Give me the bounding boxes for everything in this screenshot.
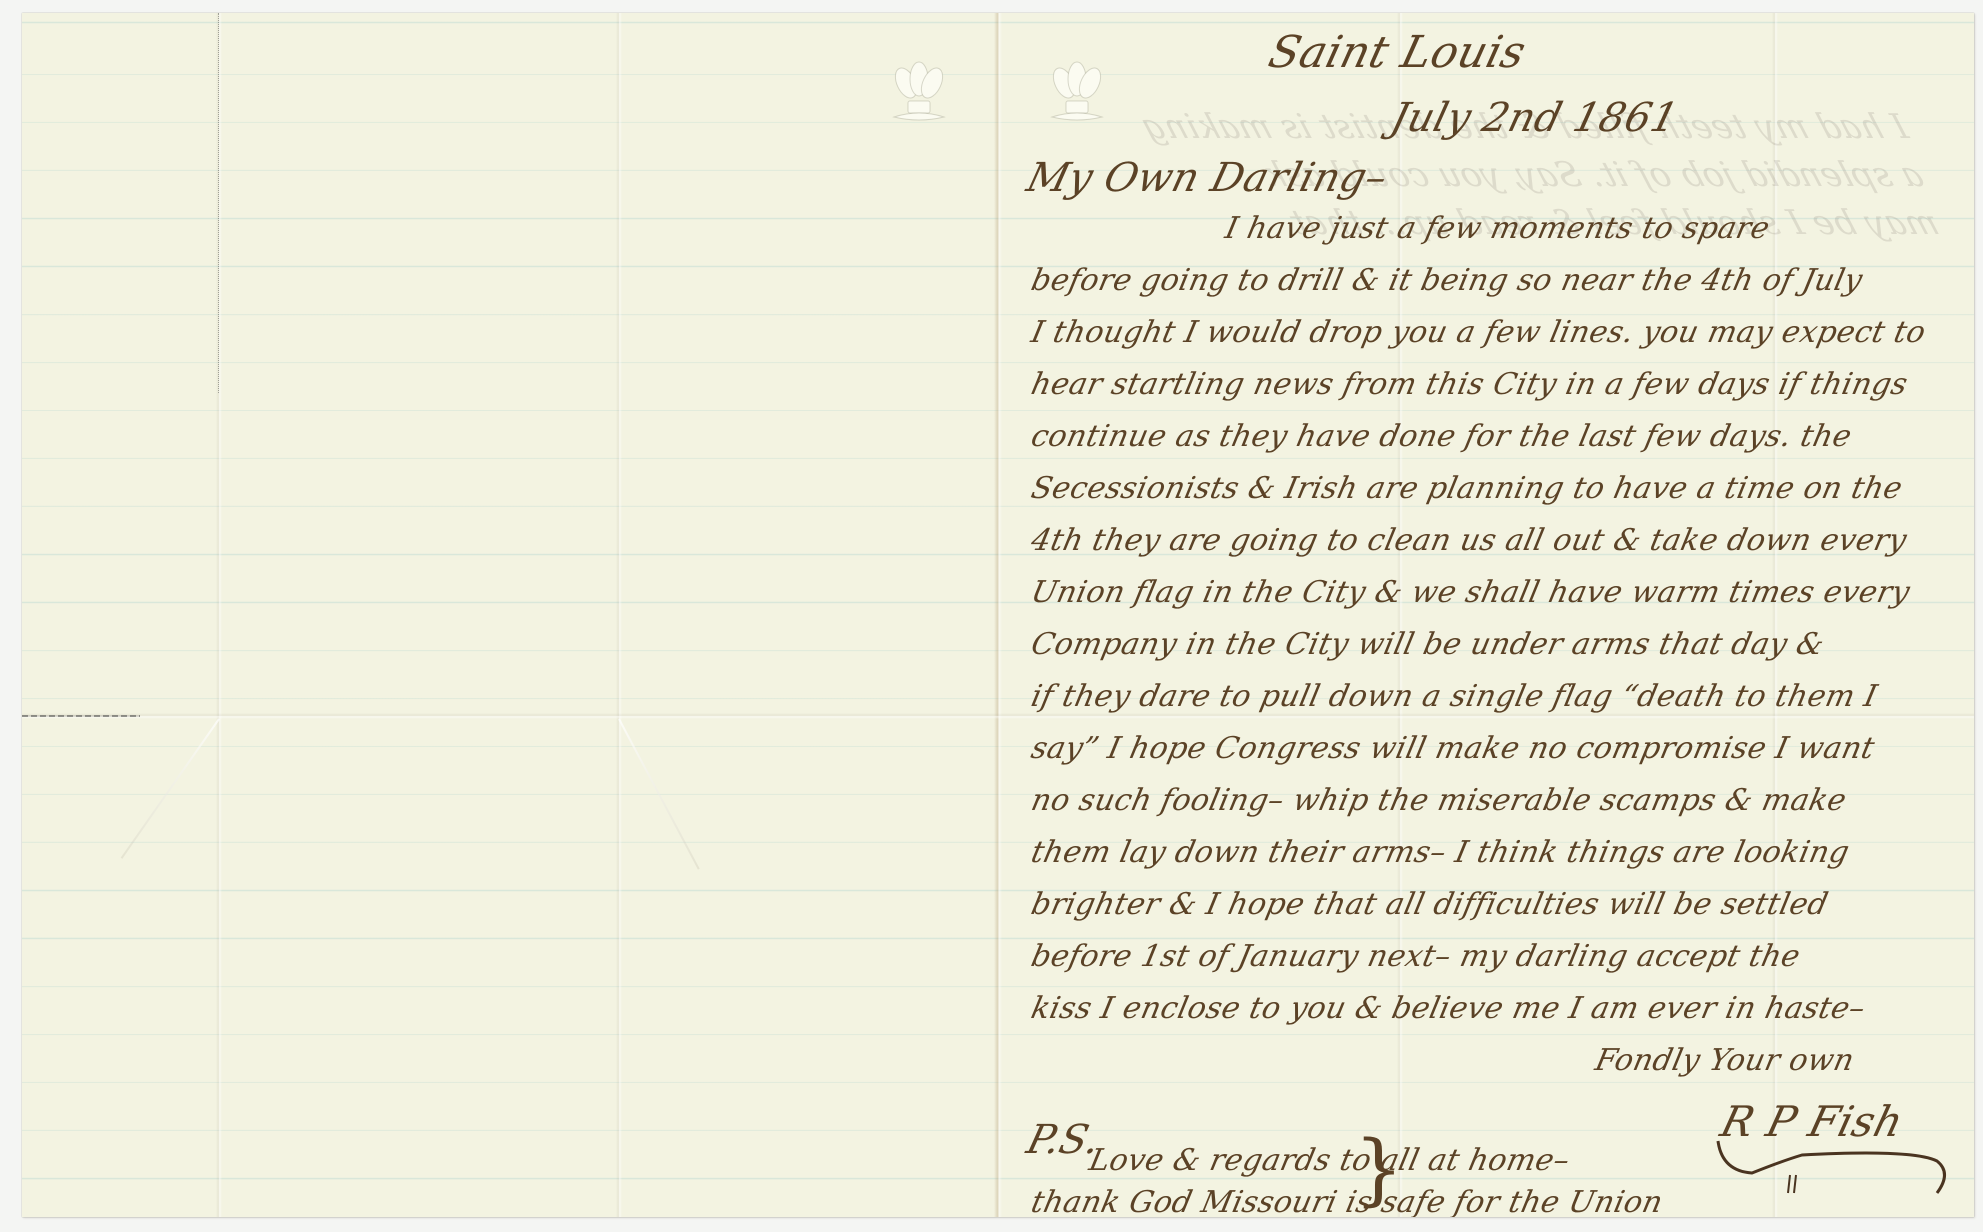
vertical-fold-left xyxy=(216,13,222,1217)
letter-salutation: My Own Darling– xyxy=(1022,155,1392,201)
emboss-crest-icon xyxy=(1042,61,1112,141)
body-line: I thought I would drop you a few lines. … xyxy=(1028,315,1929,350)
body-line: say” I hope Congress will make no compro… xyxy=(1028,731,1878,766)
body-line: Company in the City will be under arms t… xyxy=(1028,627,1827,662)
body-line: continue as they have done for the last … xyxy=(1028,419,1855,454)
body-line: brighter & I hope that all difficulties … xyxy=(1028,887,1831,922)
letter-date: July 2nd 1861 xyxy=(1386,95,1683,141)
body-line: Union flag in the City & we shall have w… xyxy=(1028,575,1913,610)
center-fold xyxy=(994,13,1002,1217)
signature-flourish-icon xyxy=(1712,1131,1972,1201)
body-line: before 1st of January next– my darling a… xyxy=(1028,939,1803,974)
postscript-line: Love & regards to all at home– xyxy=(1086,1143,1573,1178)
body-line: 4th they are going to clean us all out &… xyxy=(1028,523,1910,558)
body-line: if they dare to pull down a single flag … xyxy=(1028,679,1880,714)
body-line: Secessionists & Irish are planning to ha… xyxy=(1028,471,1906,506)
postscript-line: thank God Missouri is safe for the Union xyxy=(1028,1185,1666,1217)
emboss-crest-icon xyxy=(884,61,954,141)
letter-place: Saint Louis xyxy=(1264,27,1531,78)
letter-sheet: I had my teeth filled & the dentist is m… xyxy=(22,13,1974,1217)
body-line: I have just a few moments to spare xyxy=(1222,211,1773,246)
vertical-fold-left-inner xyxy=(616,13,622,1217)
letter-closing: Fondly Your own xyxy=(1592,1043,1857,1078)
body-line: kiss I enclose to you & believe me I am … xyxy=(1028,991,1868,1026)
postscript-brace: } xyxy=(1354,1131,1404,1209)
body-line: no such fooling– whip the miserable scam… xyxy=(1028,783,1850,818)
body-line: hear startling news from this City in a … xyxy=(1028,367,1911,402)
body-line: before going to drill & it being so near… xyxy=(1028,263,1866,298)
body-line: them lay down their arms– I think things… xyxy=(1028,835,1852,870)
